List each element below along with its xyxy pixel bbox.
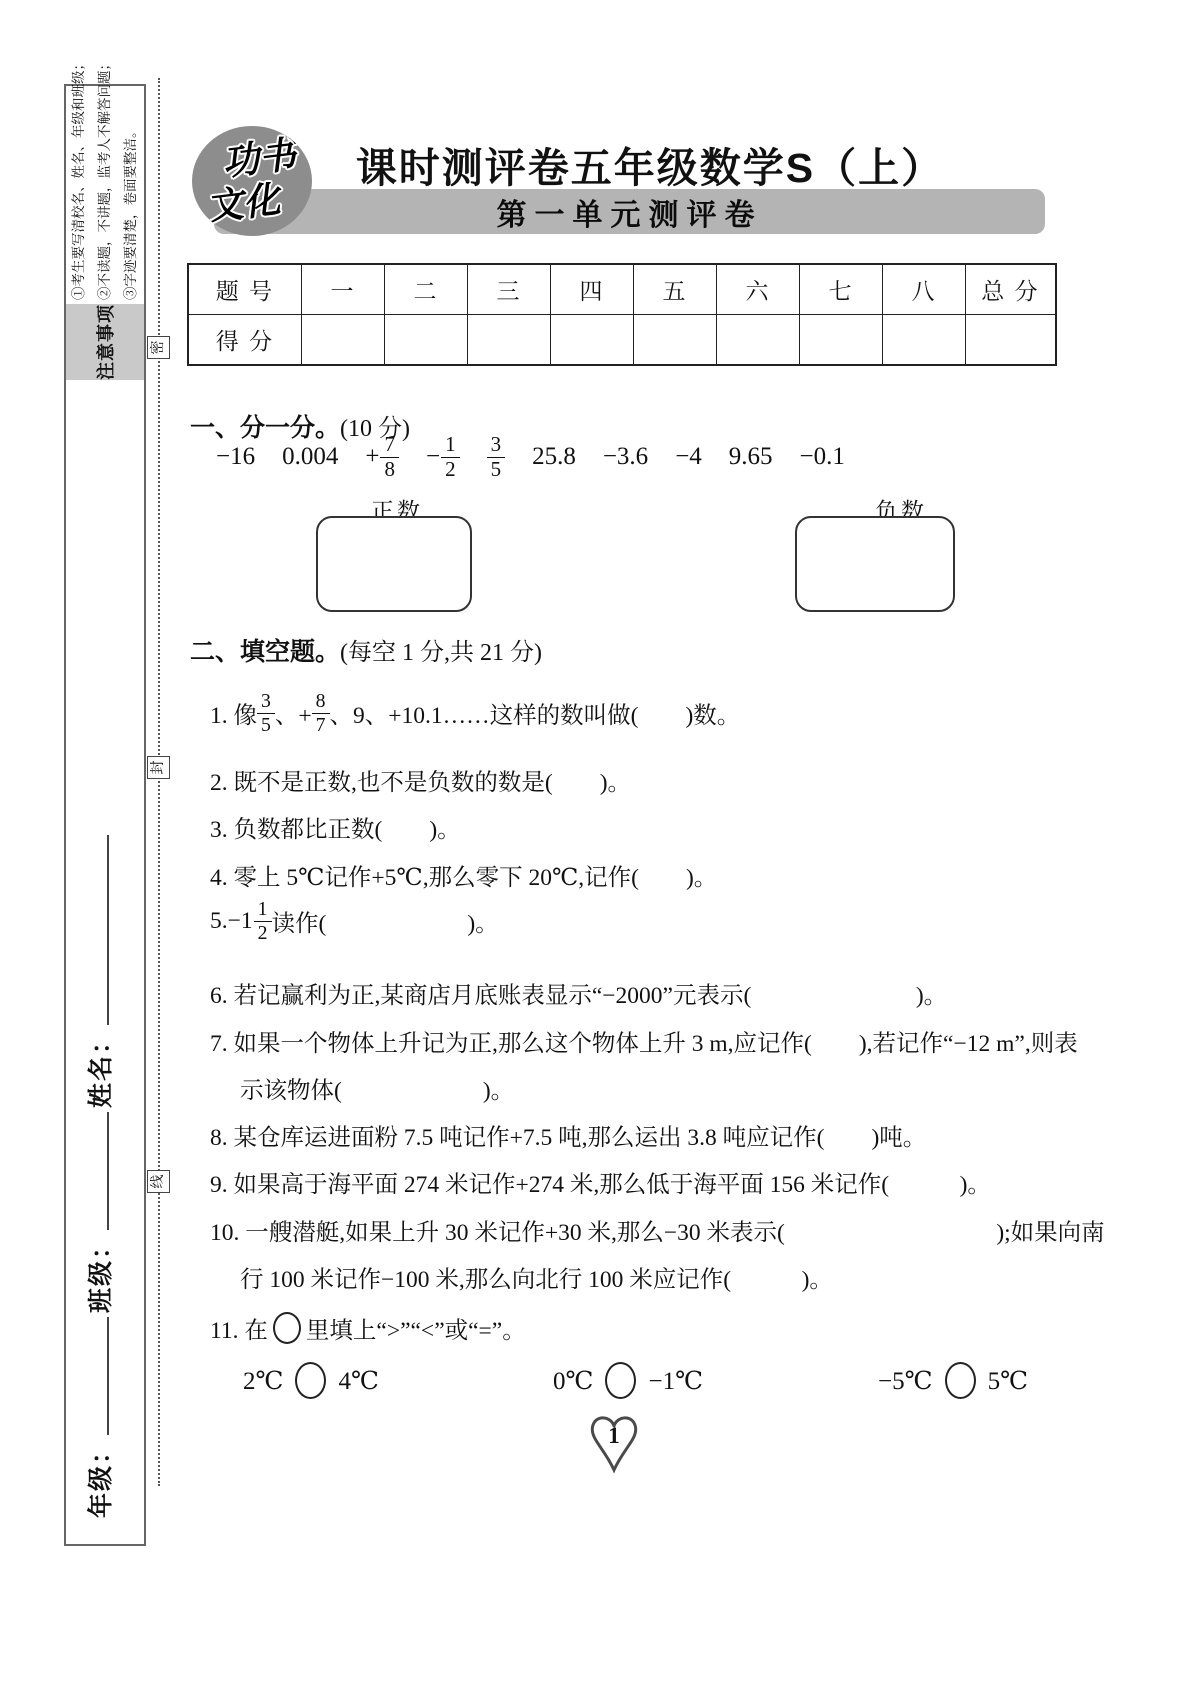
score-empty-cell bbox=[717, 315, 800, 366]
score-header-cell: 总 分 bbox=[966, 264, 1057, 315]
worksheet-page: 注意事项 ①考生要写清校名、姓名、年级和班级；②不读题，不讲题，监考人不解答问题… bbox=[0, 0, 1191, 1684]
question-text: 、9、+10.1……这样的数叫做( )数。 bbox=[330, 696, 741, 730]
fraction-sign: + bbox=[365, 443, 379, 471]
question-text: 示该物体( )。 bbox=[240, 1071, 514, 1105]
compare-item: −5℃5℃ bbox=[878, 1362, 1028, 1399]
classify-number: −16 bbox=[216, 443, 255, 471]
classify-number: −0.1 bbox=[800, 443, 845, 471]
notice-line: ①考生要写清校名、姓名、年级和班级； bbox=[72, 57, 87, 300]
fraction-numerator: 3 bbox=[257, 690, 275, 713]
question-line: 1. 像35、+87、9、+10.1……这样的数叫做( )数。 bbox=[210, 688, 740, 738]
seal-char-xian: 线 bbox=[147, 1170, 170, 1193]
score-empty-cell bbox=[551, 315, 634, 366]
question-line: 3. 负数都比正数( )。 bbox=[210, 802, 461, 852]
question-text: 5. bbox=[210, 908, 228, 935]
score-header-cell: 题 号 bbox=[188, 264, 302, 315]
score-header-cell: 一 bbox=[302, 264, 385, 315]
question-line: 10. 一艘潜艇,如果上升 30 米记作+30 米,那么−30 米表示( );如… bbox=[210, 1205, 1105, 1255]
fraction-denominator: 2 bbox=[441, 458, 460, 482]
page-title: 课时测评卷五年级数学S（上） bbox=[260, 135, 1040, 194]
compare-right: −1℃ bbox=[648, 1366, 703, 1396]
student-fields-block: 年级：班级：姓名： bbox=[66, 638, 144, 1532]
classify-number: 0.004 bbox=[282, 443, 338, 471]
question-text: 4. 零上 5℃记作+5℃,那么零下 20℃,记作( )。 bbox=[210, 858, 717, 892]
notice-line: ②不读题，不讲题，监考人不解答问题； bbox=[98, 57, 113, 300]
seal-char-feng: 封 bbox=[147, 756, 170, 779]
fraction-stack: 35 bbox=[487, 433, 506, 481]
question-text: 行 100 米记作−100 米,那么向北行 100 米应记作( )。 bbox=[240, 1260, 833, 1294]
student-field-label: 班级： bbox=[88, 1232, 115, 1313]
fraction-stack: 35 bbox=[257, 690, 275, 735]
notice-header: 注意事项 bbox=[66, 304, 144, 380]
brand-logo: 功书 文化 bbox=[192, 126, 312, 236]
question-line: 示该物体( )。 bbox=[240, 1063, 514, 1113]
question-text: 6. 若记赢利为正,某商店月底账表显示“−2000”元表示( )。 bbox=[210, 976, 947, 1010]
score-table-score-row: 得 分 bbox=[188, 315, 1056, 366]
question-line: 11. 在里填上“>”“<”或“=”。 bbox=[210, 1303, 526, 1353]
negative-answer-box bbox=[795, 516, 955, 612]
student-field-line bbox=[107, 1317, 109, 1435]
question-text: 7. 如果一个物体上升记为正,那么这个物体上升 3 m,应记作( ),若记作“−… bbox=[210, 1024, 1078, 1058]
score-header-cell: 七 bbox=[800, 264, 883, 315]
question-line: 7. 如果一个物体上升记为正,那么这个物体上升 3 m,应记作( ),若记作“−… bbox=[210, 1016, 1078, 1066]
question-text: 8. 某仓库运进面粉 7.5 吨记作+7.5 吨,那么运出 3.8 吨应记作( … bbox=[210, 1118, 926, 1152]
mixed-whole: −1 bbox=[228, 908, 253, 935]
compare-circle bbox=[605, 1362, 636, 1399]
positive-answer-box bbox=[316, 516, 472, 612]
page-number: 1 bbox=[586, 1413, 642, 1475]
question-line: 4. 零上 5℃记作+5℃,那么零下 20℃,记作( )。 bbox=[210, 850, 717, 900]
compare-circle bbox=[295, 1362, 326, 1399]
page-number-text: 1 bbox=[586, 1423, 642, 1449]
fraction-numerator: 8 bbox=[312, 690, 330, 713]
classify-number: 25.8 bbox=[532, 443, 576, 471]
question-line: 9. 如果高于海平面 274 米记作+274 米,那么低于海平面 156 米记作… bbox=[210, 1157, 991, 1207]
student-fields: 年级：班级：姓名： bbox=[66, 638, 144, 1532]
fraction-denominator: 2 bbox=[254, 922, 272, 944]
question-line: 6. 若记赢利为正,某商店月底账表显示“−2000”元表示( )。 bbox=[210, 968, 947, 1018]
subtitle-band: 第一单元测评卷 bbox=[214, 189, 1045, 234]
score-empty-cell bbox=[634, 315, 717, 366]
compare-item: 0℃−1℃ bbox=[553, 1362, 703, 1399]
score-header-cell: 三 bbox=[468, 264, 551, 315]
question-text: 1. 像 bbox=[210, 696, 257, 730]
question-line: 8. 某仓库运进面粉 7.5 吨记作+7.5 吨,那么运出 3.8 吨应记作( … bbox=[210, 1110, 926, 1160]
fraction-denominator: 5 bbox=[257, 714, 275, 736]
fraction-denominator: 7 bbox=[312, 714, 330, 736]
score-empty-cell bbox=[302, 315, 385, 366]
compare-circle bbox=[273, 1312, 301, 1344]
compare-left: 0℃ bbox=[553, 1366, 593, 1396]
section2-points: (每空 1 分,共 21 分) bbox=[340, 640, 542, 666]
compare-item: 2℃4℃ bbox=[243, 1362, 379, 1399]
seal-line bbox=[158, 78, 160, 1486]
score-empty-cell bbox=[883, 315, 966, 366]
notice-lines: ①考生要写清校名、姓名、年级和班级；②不读题，不讲题，监考人不解答问题；③字迹要… bbox=[66, 57, 144, 304]
question-text: 、+ bbox=[275, 696, 312, 730]
compare-left: 2℃ bbox=[243, 1366, 283, 1396]
score-header-cell: 八 bbox=[883, 264, 966, 315]
fraction-numerator: 1 bbox=[441, 433, 460, 458]
fraction-stack: 12 bbox=[254, 898, 272, 943]
question-text: 2. 既不是正数,也不是负数的数是( )。 bbox=[210, 763, 631, 797]
score-empty-cell bbox=[385, 315, 468, 366]
fraction-sign: − bbox=[426, 443, 440, 471]
classify-number: 9.65 bbox=[729, 443, 773, 471]
fraction-stack: 87 bbox=[312, 690, 330, 735]
question-text: 11. 在 bbox=[210, 1311, 268, 1345]
classify-number: −4 bbox=[675, 443, 702, 471]
compare-left: −5℃ bbox=[878, 1366, 933, 1396]
student-field-line bbox=[107, 1112, 109, 1230]
question-mixed-number: −112 bbox=[228, 898, 272, 943]
question-text: 9. 如果高于海平面 274 米记作+274 米,那么低于海平面 156 米记作… bbox=[210, 1165, 991, 1199]
compare-right: 5℃ bbox=[988, 1366, 1028, 1396]
fraction-stack: 12 bbox=[441, 433, 460, 481]
student-field-label: 年级： bbox=[88, 1437, 115, 1518]
section2-title-text: 二、填空题。 bbox=[190, 638, 340, 666]
fraction-denominator: 8 bbox=[380, 458, 399, 482]
question-line: 2. 既不是正数,也不是负数的数是( )。 bbox=[210, 755, 631, 805]
fraction-numerator: 1 bbox=[254, 898, 272, 921]
question-text: 读作( )。 bbox=[272, 904, 499, 938]
score-empty-cell bbox=[468, 315, 551, 366]
section2-title: 二、填空题。(每空 1 分,共 21 分) bbox=[190, 632, 542, 668]
student-field-line bbox=[107, 835, 109, 1025]
subtitle: 第一单元测评卷 bbox=[497, 190, 763, 234]
question-text: 里填上“>”“<”或“=”。 bbox=[306, 1311, 526, 1345]
classify-number-fraction: +78 bbox=[365, 433, 399, 481]
notice-line: ③字迹要清楚，卷面要整洁。 bbox=[124, 57, 139, 300]
score-empty-cell bbox=[800, 315, 883, 366]
notice-block: 注意事项 ①考生要写清校名、姓名、年级和班级；②不读题，不讲题，监考人不解答问题… bbox=[66, 86, 144, 380]
classify-numbers-row: −160.004+78−123525.8−3.6−49.65−0.1 bbox=[216, 428, 845, 486]
score-row-label: 得 分 bbox=[188, 315, 302, 366]
student-field-label: 姓名： bbox=[88, 1027, 115, 1108]
fraction-denominator: 5 bbox=[487, 458, 506, 482]
classify-number: −3.6 bbox=[603, 443, 648, 471]
seal-char-mi: 密 bbox=[147, 336, 170, 359]
score-empty-cell bbox=[966, 315, 1057, 366]
question-fraction: 87 bbox=[312, 690, 330, 735]
classify-number-fraction: −12 bbox=[426, 433, 460, 481]
score-header-cell: 二 bbox=[385, 264, 468, 315]
fraction-numerator: 3 bbox=[487, 433, 506, 458]
score-header-cell: 五 bbox=[634, 264, 717, 315]
score-table-header-row: 题 号一二三四五六七八总 分 bbox=[188, 264, 1056, 315]
score-header-cell: 四 bbox=[551, 264, 634, 315]
question-text: 3. 负数都比正数( )。 bbox=[210, 810, 461, 844]
compare-right: 4℃ bbox=[338, 1366, 378, 1396]
classify-number-fraction: 35 bbox=[487, 433, 506, 481]
compare-circle bbox=[945, 1362, 976, 1399]
fraction-stack: 78 bbox=[380, 433, 399, 481]
question-text: 10. 一艘潜艇,如果上升 30 米记作+30 米,那么−30 米表示( );如… bbox=[210, 1213, 1105, 1247]
score-table: 题 号一二三四五六七八总 分 得 分 bbox=[187, 263, 1057, 366]
score-header-cell: 六 bbox=[717, 264, 800, 315]
question-fraction: 35 bbox=[257, 690, 275, 735]
question-line: 行 100 米记作−100 米,那么向北行 100 米应记作( )。 bbox=[240, 1252, 833, 1302]
question-line: 5. −112读作( )。 bbox=[210, 896, 499, 946]
fraction-numerator: 7 bbox=[380, 433, 399, 458]
